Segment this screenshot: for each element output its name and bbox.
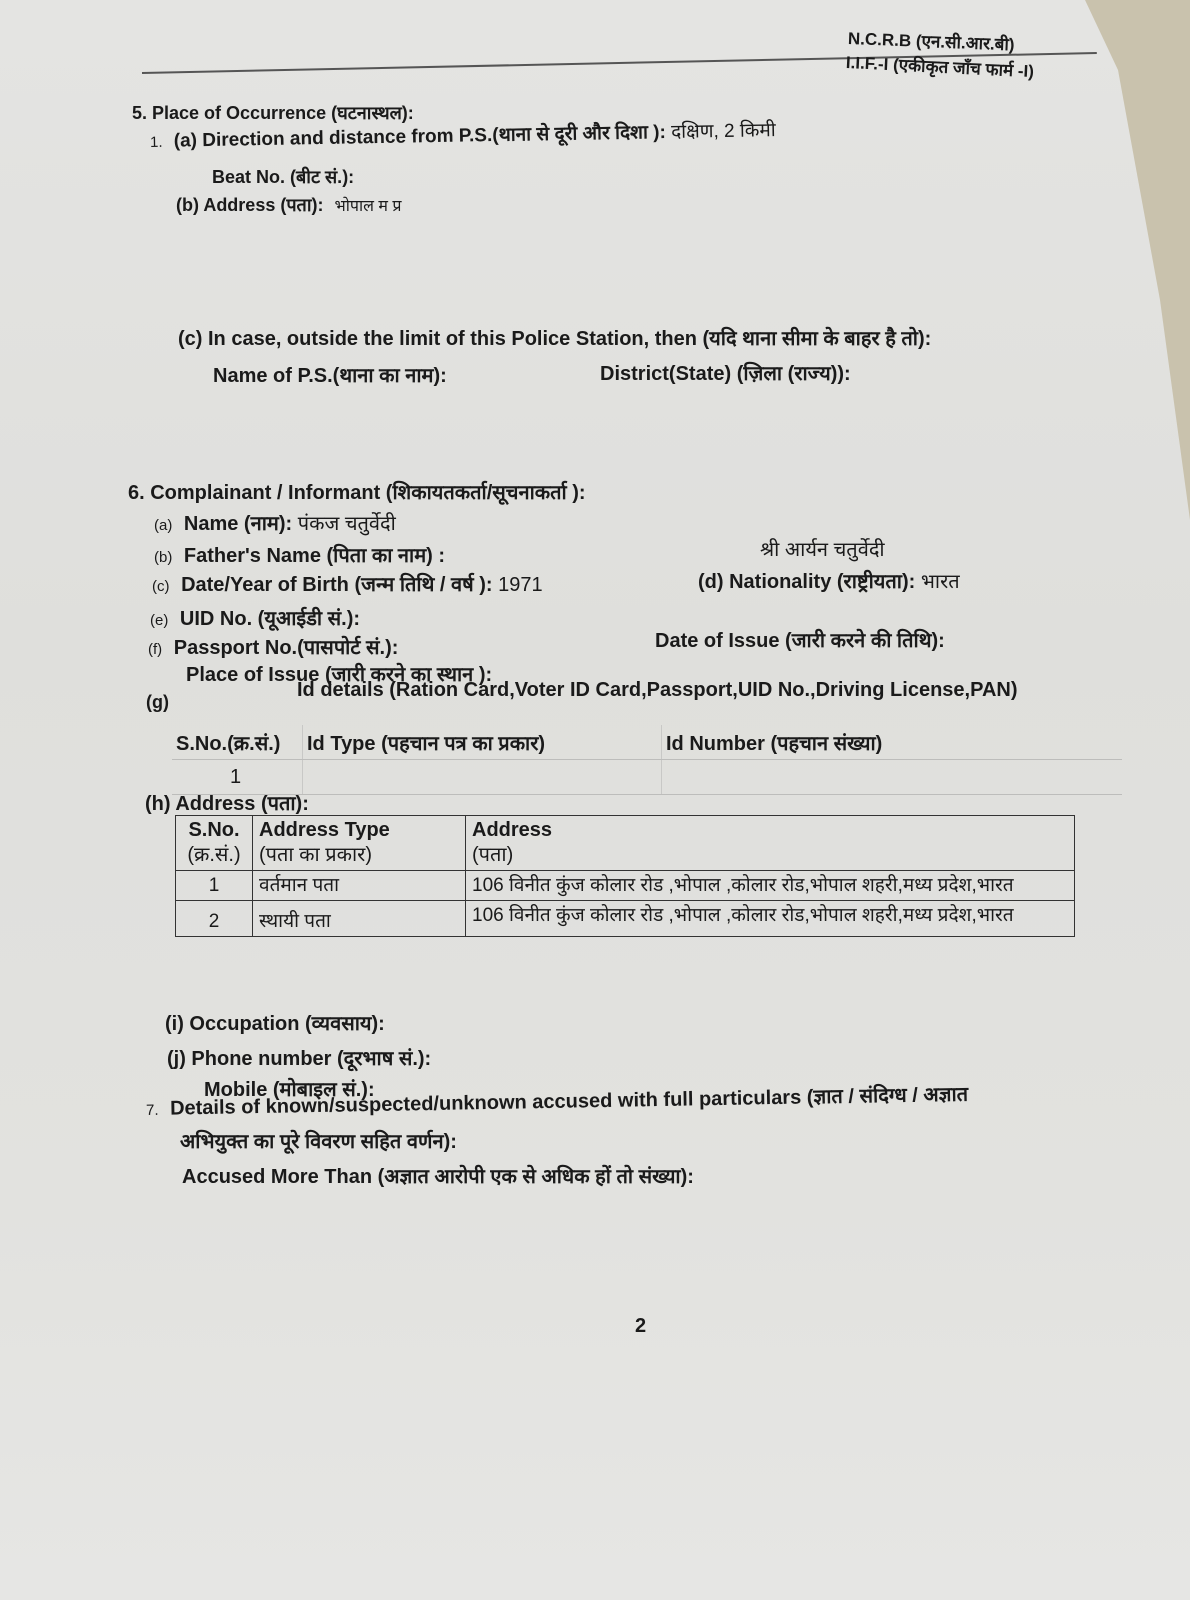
section-5-title: 5. Place of Occurrence (घटनास्थल): <box>132 101 414 125</box>
addr-row-type: स्थायी पता <box>253 901 466 937</box>
ps-name-label: Name of P.S.(थाना का नाम): <box>213 365 447 387</box>
id-col-sno: S.No.(क्र.सं.) <box>172 725 303 760</box>
nationality-value: भारत <box>921 571 960 593</box>
addr-col-address-hi: (पता) <box>472 843 1068 868</box>
beat-no-label: Beat No. (बीट सं.): <box>212 167 354 187</box>
addr-col-sno-hi: (क्र.सं.) <box>182 843 246 868</box>
table-row: 1 वर्तमान पता 106 विनीत कुंज कोलार रोड ,… <box>176 871 1075 901</box>
section-7-title-line2: अभियुक्त का पूरे विवरण सहित वर्णन): <box>180 1127 457 1154</box>
place-address-value: भोपाल म प्र <box>335 198 402 215</box>
issue-date-row: Date of Issue (जारी करने की तिथि): <box>655 626 945 653</box>
district-row: District(State) (ज़िला (राज्य)): <box>600 359 851 386</box>
address-table: S.No. (क्र.सं.) Address Type (पता का प्र… <box>175 815 1075 937</box>
addr-row-address: 106 विनीत कुंज कोलार रोड ,भोपाल ,कोलार र… <box>466 901 1075 937</box>
accused-more-row: Accused More Than (अज्ञात आरोपी एक से अध… <box>182 1162 694 1189</box>
item-letter: (b) <box>154 549 172 566</box>
addr-row-sno: 2 <box>176 901 253 937</box>
id-row-type <box>303 760 662 795</box>
beat-no-row: Beat No. (बीट सं.): <box>212 165 354 189</box>
table-row: 1 <box>172 760 1122 795</box>
name-row: (a) Name (नाम): पंकज चतुर्वेदी <box>154 509 396 536</box>
id-row-number <box>662 760 1123 795</box>
place-address-row: (b) Address (पता): भोपाल म प्र <box>176 193 402 217</box>
passport-row: (f) Passport No.(पासपोर्ट सं.): <box>148 633 398 660</box>
dob-label: Date/Year of Birth (जन्म तिथि / वर्ष ): <box>181 574 493 596</box>
item-letter: (a) <box>154 517 172 534</box>
section-6-title: 6. Complainant / Informant (शिकायतकर्ता/… <box>128 478 586 505</box>
outside-limit-label: (c) In case, outside the limit of this P… <box>178 324 931 351</box>
nationality-label: (d) Nationality (राष्ट्रीयता): <box>698 571 915 593</box>
phone-row: (j) Phone number (दूरभाष सं.): <box>167 1044 431 1071</box>
accused-more-label: Accused More Than (अज्ञात आरोपी एक से अध… <box>182 1166 694 1188</box>
district-label: District(State) (ज़िला (राज्य)): <box>600 363 851 385</box>
item-letter: (f) <box>148 641 162 658</box>
direction-distance-value: दक्षिण, 2 किमी <box>671 120 776 143</box>
dob-value: 1971 <box>498 574 543 596</box>
occupation-row: (i) Occupation (व्यवसाय): <box>165 1009 385 1036</box>
page-number: 2 <box>635 1315 646 1338</box>
section-7-number: 7. <box>146 1102 159 1119</box>
addr-col-type-en: Address Type <box>259 818 459 843</box>
father-name-row: (b) Father's Name (पिता का नाम) : <box>154 541 445 568</box>
ps-name-row: Name of P.S.(थाना का नाम): <box>213 361 447 388</box>
addr-col-sno: S.No. (क्र.सं.) <box>176 816 253 871</box>
issue-date-label: Date of Issue (जारी करने की तिथि): <box>655 630 945 652</box>
id-details-table: S.No.(क्र.सं.) Id Type (पहचान पत्र का प्… <box>172 725 1122 795</box>
id-details-title: Id details (Ration Card,Voter ID Card,Pa… <box>297 679 1018 702</box>
addr-col-type-hi: (पता का प्रकार) <box>259 843 459 868</box>
table-row: 2 स्थायी पता 106 विनीत कुंज कोलार रोड ,भ… <box>176 901 1075 937</box>
phone-label: (j) Phone number (दूरभाष सं.): <box>167 1048 431 1070</box>
address-table-header: S.No. (क्र.सं.) Address Type (पता का प्र… <box>176 816 1075 871</box>
addr-col-address-en: Address <box>472 818 1068 843</box>
passport-label: Passport No.(पासपोर्ट सं.): <box>174 637 399 659</box>
addr-col-type: Address Type (पता का प्रकार) <box>253 816 466 871</box>
address-heading: (h) Address (पता): <box>145 789 309 816</box>
addr-row-type: वर्तमान पता <box>253 871 466 901</box>
name-label: Name (नाम): <box>184 513 292 535</box>
addr-col-sno-en: S.No. <box>182 818 246 843</box>
father-name-label: Father's Name (पिता का नाम) : <box>184 545 445 567</box>
addr-row-address: 106 विनीत कुंज कोलार रोड ,भोपाल ,कोलार र… <box>466 871 1075 901</box>
item-letter: (e) <box>150 612 168 629</box>
document-page: N.C.R.B (एन.सी.आर.बी) I.I.F.-I (एकीकृत ज… <box>0 0 1190 1600</box>
addr-col-address: Address (पता) <box>466 816 1075 871</box>
dob-row: (c) Date/Year of Birth (जन्म तिथि / वर्ष… <box>152 570 543 597</box>
item-number: 1. <box>150 134 163 151</box>
direction-distance-label: (a) Direction and distance from P.S.(थान… <box>174 122 666 152</box>
id-table-header: S.No.(क्र.सं.) Id Type (पहचान पत्र का प्… <box>172 725 1122 760</box>
uid-label: UID No. (यूआईडी सं.): <box>180 608 360 630</box>
uid-row: (e) UID No. (यूआईडी सं.): <box>150 604 360 631</box>
id-col-type: Id Type (पहचान पत्र का प्रकार) <box>303 725 662 760</box>
name-value: पंकज चतुर्वेदी <box>298 513 396 535</box>
id-col-number: Id Number (पहचान संख्या) <box>662 725 1123 760</box>
occupation-label: (i) Occupation (व्यवसाय): <box>165 1013 385 1035</box>
id-details-letter: (g) <box>146 692 169 713</box>
place-address-label: (b) Address (पता): <box>176 195 323 215</box>
nationality-row: (d) Nationality (राष्ट्रीयता): भारत <box>698 567 960 594</box>
father-name-value: श्री आर्यन चतुर्वेदी <box>760 535 885 562</box>
addr-row-sno: 1 <box>176 871 253 901</box>
item-letter: (c) <box>152 578 170 595</box>
